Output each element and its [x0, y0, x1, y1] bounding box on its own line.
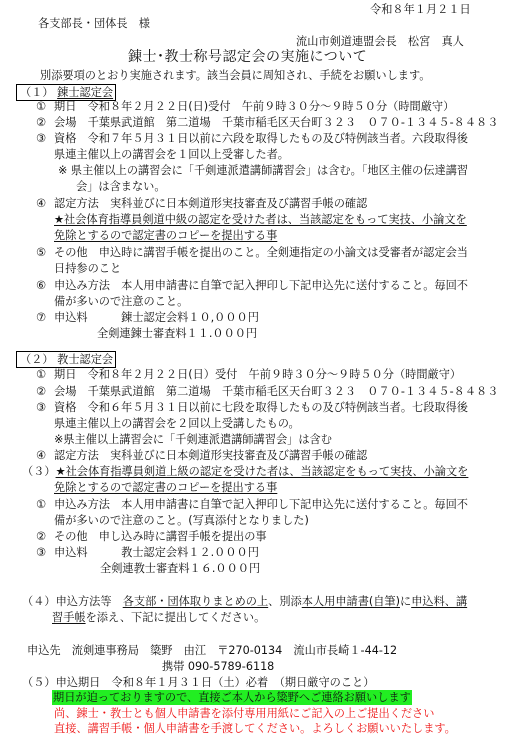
- document-date: 令和８年１月２１日: [370, 2, 471, 17]
- s1-item-5: ⑤その他 申込時に講習手帳を提出のこと。全剣連指定の小論文は受審者が認定会当: [36, 245, 468, 260]
- s2-item-3-note: ※県主催以上講習会に「千剣連派遣講師講習会」は含む: [54, 432, 332, 447]
- s2-item-2: ②会場 千葉県武道館 第二道場 千葉市稲毛区天台町３２３ ０７０-１３４５-８４…: [36, 384, 498, 399]
- urgent-notice-highlight: 期日が迫っておりますので、直接ご本人から簗野へご連絡お願いします: [52, 690, 412, 705]
- s3-item-1-cont: 備が多いので注意のこと。(写真添付となりました): [54, 513, 309, 528]
- s1-item-2: ②会場 千葉県武道館 第二道場 千葉市稲毛区天台町３２３ ０７０-１３４５-８４…: [36, 115, 498, 130]
- s2-item-3: ③資格 令和６年５月３１日以前に七段を取得したもの及び特例該当者。七段取得後: [36, 400, 468, 415]
- s1-item-6-cont: 備が多いので注意のこと。: [54, 294, 188, 309]
- s1-note-line2: 会」は含まない。: [76, 179, 166, 194]
- s2-item-4: ④認定方法 実科並びに日本剣道形実技審査及び講習手帳の確認: [36, 448, 367, 463]
- s3-star-line1: ★社会体育指導員剣道上級の認定を受けた者は、当該認定をもって実技、小論文を: [56, 465, 469, 478]
- section1-label: 錬士認定会: [57, 86, 113, 99]
- s2-item-3-cont: 県連主催以上の講習会を２回以上受講したもの。: [54, 416, 300, 431]
- section4-line2: 習手帳を添え、下記に提出してください。: [52, 610, 265, 625]
- section2-label: 教士認定会: [57, 353, 113, 366]
- recipient: 各支部長・団体長 様: [38, 16, 150, 31]
- s3-item-3-cont: 全剣連教士審査料１６.０００円: [100, 561, 260, 576]
- red-notice-line1: 尚、錬士・教士とも個人申請書を添付専用用紙にご記入の上ご提出ください: [54, 706, 434, 721]
- section3-number: （３）: [22, 465, 56, 478]
- s3-item-1: ①申込み方法 本人用申請書に自筆で記入押印し下記申込先に送付すること。毎回不: [36, 497, 468, 512]
- s3-star-line2: 免除とするので認定書のコピーを提出する事: [54, 480, 277, 495]
- section1-number: （１）: [20, 86, 54, 99]
- sender: 流山市剣道連盟会長 松宮 真人: [296, 34, 464, 49]
- intro-text: 別添要項のとおり実施されます。該当会員に周知され、手続をお願いします。: [40, 68, 430, 83]
- s1-star-line1: ★社会体育指導員剣道中級の認定を受けた者は、当該認定をもって実技、小論文を: [54, 212, 467, 227]
- document-title: 錬士･教士称号認定会の実施について: [128, 50, 367, 65]
- contact-phone: 携帯 090-5789-6118: [162, 659, 274, 674]
- section2-heading: （２） 教士認定会: [16, 351, 116, 368]
- contact-address: 申込先 流剣連事務局 簗野 由江 〒270-0134 流山市長崎１-44-12: [27, 643, 397, 658]
- s1-star-line2: 免除とするので認定書のコピーを提出する事: [54, 228, 277, 243]
- section5-deadline: （５）申込期日 令和８年１月３１日（土）必着 （期日厳守のこと）: [22, 675, 374, 690]
- s3-item-3: ③申込料 教士認定会料１２.０００円: [36, 545, 259, 560]
- section4-line1: （４）申込方法等 各支部・団体取りまとめの上、別添本人用申請書(自筆)に申込料、…: [22, 594, 467, 609]
- red-notice-line2: 直接、講習手帳・個人申請書を手渡してください。よろしくお願いいたします。: [54, 721, 456, 735]
- s1-item-6: ⑥申込み方法 本人用申請書に自筆で記入押印し下記申込先に送付すること。毎回不: [36, 278, 468, 293]
- s1-item-1: ①期日 令和８年２月２２日(日)受付 午前９時３０分～９時５０分（時間厳守）: [36, 99, 454, 114]
- s1-item-3-cont: 県連主催以上の講習会を１回以上受審した者。: [54, 147, 289, 162]
- s3-item-2: ②その他 申し込み時に講習手帳を提出の事: [36, 529, 267, 544]
- s1-item-4: ④認定方法 実科並びに日本剣道形実技審査及び講習手帳の確認: [36, 196, 367, 211]
- section3-heading: （３）★社会体育指導員剣道上級の認定を受けた者は、当該認定をもって実技、小論文を: [22, 464, 468, 479]
- s1-item-5-cont: 日持参のこと: [54, 261, 121, 276]
- section2-number: （２）: [20, 353, 54, 366]
- s1-item-3: ③資格 令和７年５月３１日以前に六段を取得したもの及び特例該当者。六段取得後: [36, 131, 468, 146]
- s1-item-7: ⑦申込料 錬士認定会料１０,０００円: [36, 310, 259, 325]
- s1-item-7-cont: 全剣連錬士審査料１１.０００円: [97, 326, 257, 341]
- s2-item-1: ①期日 令和８年２月２２日(日）受付 午前９時３０分～９時５０分（時間厳守）: [36, 367, 461, 382]
- s1-note-line1: ※ 県主催以上の講習会に「千剣連派遣講師講習会」は含む。「地区主催の伝達講習: [58, 163, 468, 178]
